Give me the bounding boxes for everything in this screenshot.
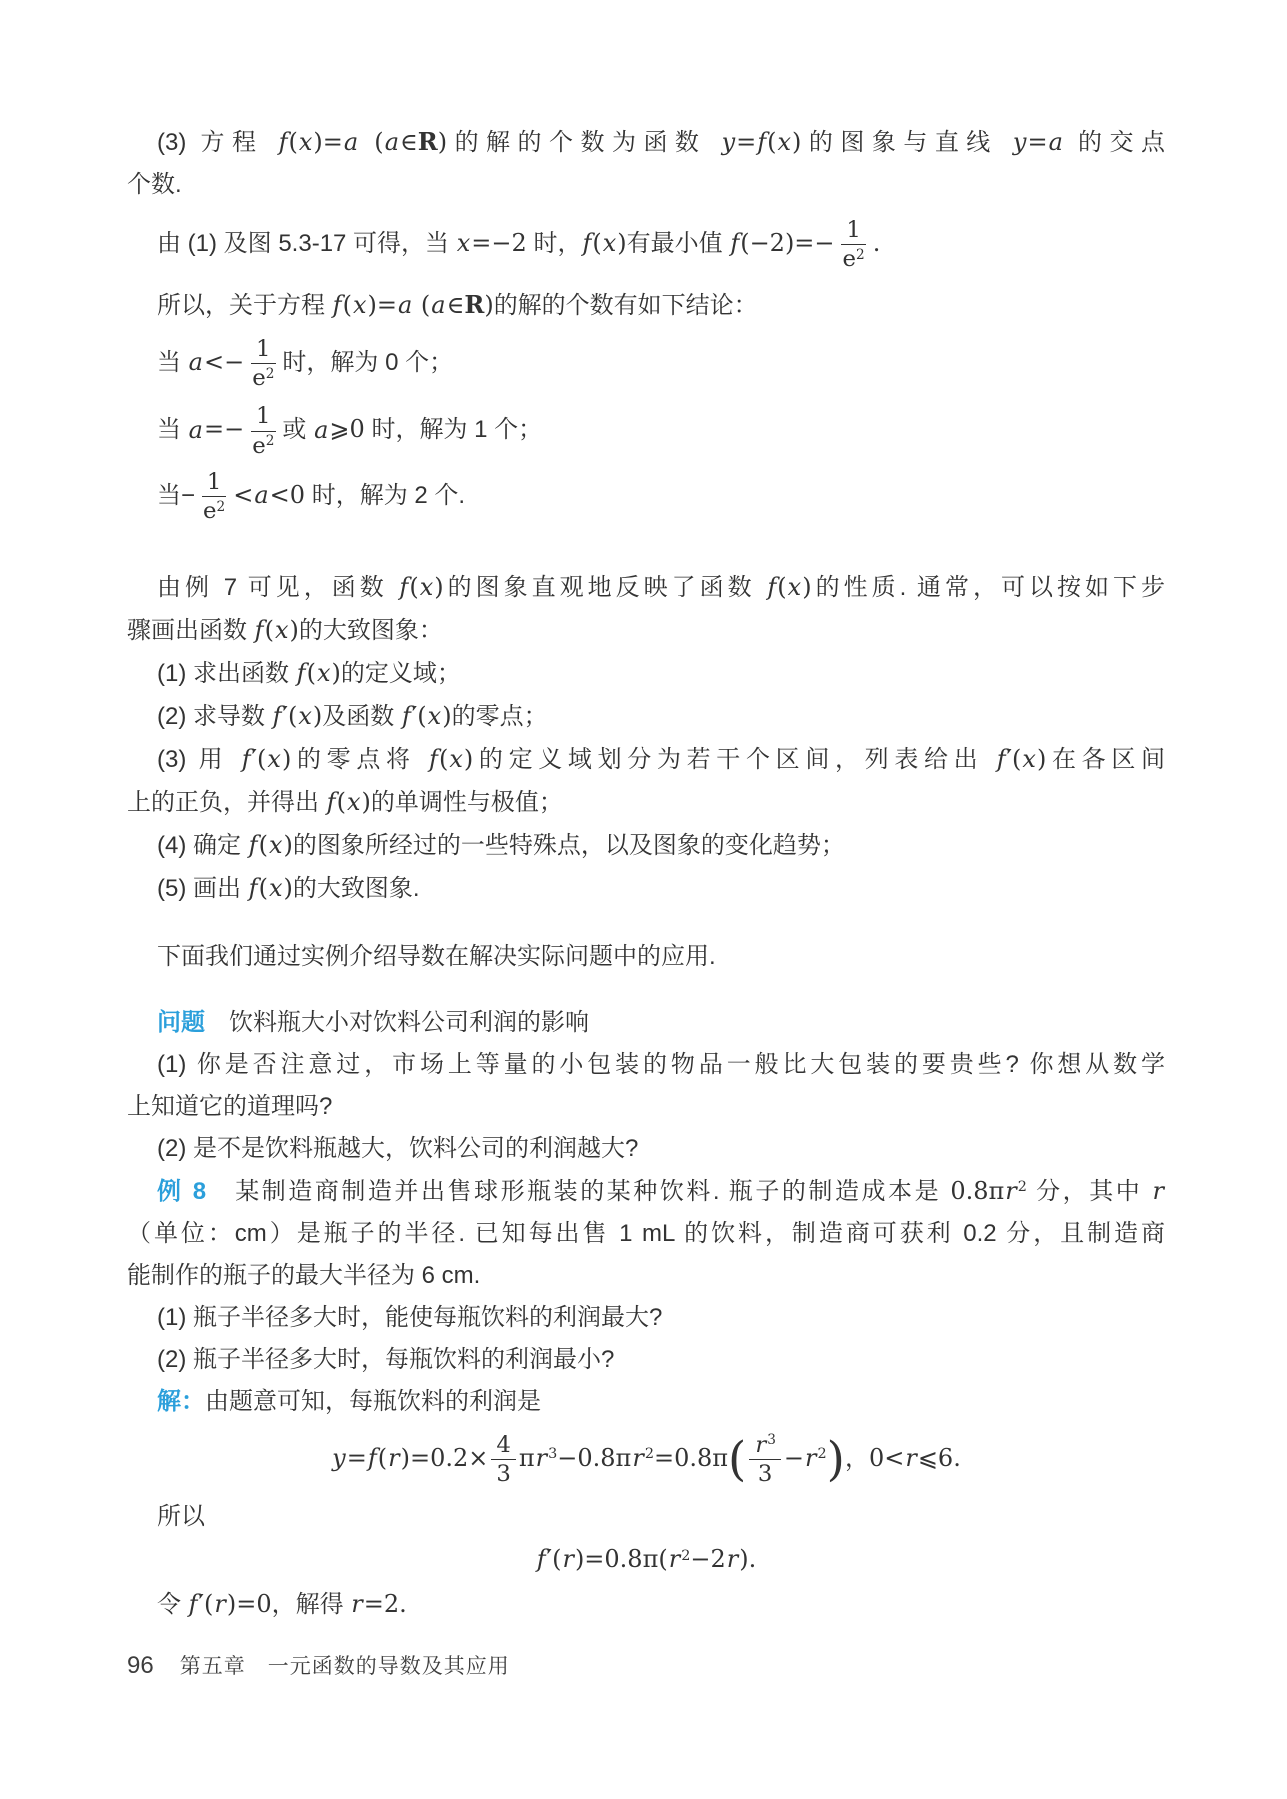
text-run: <− <box>204 348 244 376</box>
text-run: 在各区间 <box>1046 746 1165 773</box>
math-variable: x <box>352 291 368 319</box>
text-run: )= <box>367 291 396 319</box>
text-run: ( <box>409 573 418 601</box>
text-run: ) <box>802 573 811 601</box>
math-variable: r <box>904 1444 917 1472</box>
math-variable: r <box>350 1590 363 1618</box>
math-variable: f <box>367 1444 378 1472</box>
text-run: 1 <box>256 336 271 362</box>
fraction: 43 <box>491 1431 516 1489</box>
text-run: =0.8π <box>654 1444 728 1472</box>
math-variable: f <box>581 229 592 257</box>
text-run: ( <box>767 128 776 156</box>
math-variable: r <box>1004 1177 1017 1205</box>
text-run: 时，解为 1 个； <box>365 417 542 444</box>
text-run: (1) 求出函数 <box>157 660 296 687</box>
superscript: 2 <box>856 247 865 263</box>
text-line: (3) 方程 f(x)=a (a∈R)的解的个数为函数 y=f(x)的图象与直线… <box>127 121 1165 164</box>
text-run: 上知道它的道理吗? <box>127 1093 332 1120</box>
page-body: (3) 方程 f(x)=a (a∈R)的解的个数为函数 y=f(x)的图象与直线… <box>127 121 1165 1626</box>
text-run: 的大致图象. <box>293 875 420 902</box>
text-run: ′( <box>547 1545 562 1573</box>
math-variable: f <box>326 788 337 816</box>
text-run: ( <box>265 616 274 644</box>
math-variable: f <box>398 573 409 601</box>
text-run: 的单调性与极值； <box>371 789 563 816</box>
text-line: 上的正负，并得出 f(x)的单调性与极值； <box>127 781 1165 824</box>
text-run: 能制作的瓶子的最大半径为 6 cm. <box>127 1262 480 1289</box>
text-line: 由例 7 可见，函数 f(x)的图象直观地反映了函数 f(x)的性质. 通常，可… <box>127 566 1165 609</box>
text-run: 的图象所经过的一些特殊点，以及图象的变化趋势； <box>293 832 845 859</box>
math-variable: x <box>448 745 464 773</box>
math-variable: f <box>729 229 740 257</box>
math-variable: f <box>241 745 252 773</box>
text-run: ， <box>845 1445 869 1472</box>
text-run: ( <box>378 1444 387 1472</box>
text-run: e <box>203 498 217 524</box>
fraction: 1e2 <box>247 402 279 460</box>
text-run: 的零点； <box>452 703 548 730</box>
text-line: (2) 是不是饮料瓶越大，饮料公司的利润越大? <box>127 1128 1165 1170</box>
text-run: R <box>464 290 484 319</box>
text-run: ) <box>438 128 447 156</box>
math-variable: x <box>346 788 362 816</box>
math-variable: a <box>188 416 204 444</box>
math-variable: y <box>331 1444 347 1472</box>
math-variable: r <box>668 1545 681 1573</box>
text-run: 的解的个数有如下结论： <box>494 292 758 319</box>
math-variable: a <box>397 291 413 319</box>
text-run: ( <box>343 291 352 319</box>
text-line: (4) 确定 f(x)的图象所经过的一些特殊点，以及图象的变化趋势； <box>127 824 1165 867</box>
text-run: e <box>252 365 266 391</box>
text-run: 当 <box>157 417 188 444</box>
text-run: ) <box>442 702 451 730</box>
text-line: 当 a=−1e2或 a⩾0 时，解为 1 个； <box>127 402 1165 460</box>
text-line: (2) 瓶子半径多大时，每瓶饮料的利润最小? <box>127 1339 1165 1381</box>
math-variable: f <box>296 659 307 687</box>
math-variable: x <box>274 616 290 644</box>
text-run: ( <box>777 573 786 601</box>
text-run: ) <box>283 831 292 859</box>
text-run: 分，其中 <box>1027 1178 1152 1205</box>
text-run: 时， <box>527 230 582 257</box>
text-run: ) <box>361 788 370 816</box>
text-run: ( <box>259 831 268 859</box>
math-variable: f <box>188 1590 199 1618</box>
text-line: 解：由题意可知，每瓶饮料的利润是 <box>127 1381 1165 1423</box>
text-run: =− <box>204 416 244 444</box>
text-run: 的性质. 通常，可以按如下步 <box>812 574 1165 601</box>
text-run: 个数. <box>127 171 182 198</box>
superscript: 2 <box>645 1446 654 1462</box>
text-run: = <box>1027 128 1047 156</box>
text-run: R <box>418 127 438 156</box>
math-variable: y <box>721 128 737 156</box>
text-run: 当 <box>157 349 188 376</box>
text-line: 所以 <box>127 1496 1165 1538</box>
math-variable: x <box>427 702 443 730</box>
text-run: = <box>347 1444 367 1472</box>
math-variable: f <box>766 573 777 601</box>
text-run: −0.8π <box>557 1444 631 1472</box>
text-run: ( <box>439 745 448 773</box>
superscript: 2 <box>681 1548 690 1564</box>
text-run: )=0.2× <box>401 1444 489 1472</box>
text-line: (1) 你是否注意过，市场上等量的小包装的物品一般比大包装的要贵些? 你想从数学 <box>127 1044 1165 1086</box>
text-run: ( <box>337 788 346 816</box>
text-run: 当− <box>157 482 195 509</box>
text-run: 的大致图象： <box>299 617 443 644</box>
page-footer: 96 第五章 一元函数的导数及其应用 <box>127 1650 510 1680</box>
text-run: ) <box>617 229 626 257</box>
text-run: ) <box>283 874 292 902</box>
text-line: (2) 求导数 f′(x)及函数 f′(x)的零点； <box>127 695 1165 738</box>
text-run: 所以，关于方程 <box>157 292 332 319</box>
math-variable: x <box>298 128 314 156</box>
text-run: 的解的个数为函数 <box>447 129 720 156</box>
text-run: ( <box>288 128 297 156</box>
text-run: ) <box>464 745 473 773</box>
text-run: 的零点将 <box>291 746 428 773</box>
text-run: e <box>843 246 857 272</box>
text-line: 骤画出函数 f(x)的大致图象： <box>127 609 1165 652</box>
text-run: 时，解为 2 个. <box>305 482 465 509</box>
superscript: 2 <box>266 433 275 449</box>
text-line: y=f(r)=0.2×43πr3−0.8πr2=0.8π(r33−r2)，0<r… <box>127 1431 1165 1489</box>
text-run: ) <box>484 291 493 319</box>
text-line: (1) 求出函数 f(x)的定义域； <box>127 652 1165 695</box>
text-run: (3) 方程 <box>157 129 278 156</box>
text-line: 例 8 某制造商制造并出售球形瓶装的某种饮料. 瓶子的制造成本是 0.8πr2 … <box>127 1170 1165 1213</box>
text-run: 的定义域； <box>341 660 461 687</box>
math-variable: f <box>536 1545 547 1573</box>
text-run: 的图象直观地反映了函数 <box>444 574 767 601</box>
text-run: −2 <box>690 1545 725 1573</box>
text-run: π <box>519 1444 535 1472</box>
text-line: 上知道它的道理吗? <box>127 1086 1165 1128</box>
accent-label: 例 8 <box>157 1178 206 1205</box>
math-variable: f <box>272 702 283 730</box>
fraction: 1e2 <box>198 468 230 526</box>
math-variable: f <box>428 745 439 773</box>
text-line: 下面我们通过实例介绍导数在解决实际问题中的应用. <box>127 936 1165 978</box>
text-run: 某制造商制造并出售球形瓶装的某种饮料. 瓶子的制造成本是 <box>206 1178 950 1205</box>
text-run: ) <box>313 702 322 730</box>
math-variable: x <box>268 831 284 859</box>
text-line: 当 a<−1e2时，解为 0 个； <box>127 335 1165 393</box>
math-variable: a <box>253 481 269 509</box>
text-run: 或 <box>282 417 313 444</box>
text-run: ∈ <box>400 128 418 156</box>
text-run: 1 <box>256 403 271 429</box>
text-run: (3) 用 <box>157 746 241 773</box>
text-run: ( <box>359 128 383 156</box>
fraction: 1e2 <box>247 335 279 393</box>
text-line: 问题 饮料瓶大小对饮料公司利润的影响 <box>127 1002 1165 1044</box>
superscript: 3 <box>548 1446 557 1462</box>
superscript: 2 <box>818 1446 827 1462</box>
text-run: ，解得 <box>272 1591 351 1618</box>
text-run: ) <box>331 659 340 687</box>
text-run: 下面我们通过实例介绍导数在解决实际问题中的应用. <box>157 943 716 970</box>
text-run: <0 <box>270 481 305 509</box>
accent-label: 解： <box>157 1388 205 1415</box>
textbook-page: { "accent_color": "#2b9fdb", "text_color… <box>0 0 1287 1799</box>
text-run: ′( <box>1007 745 1022 773</box>
math-variable: f <box>248 874 259 902</box>
math-variable: a <box>384 128 400 156</box>
text-run: (2) 瓶子半径多大时，每瓶饮料的利润最小? <box>157 1346 614 1373</box>
math-variable: f <box>756 128 767 156</box>
page-number: 96 <box>127 1652 154 1680</box>
text-run: ⩾0 <box>329 416 364 444</box>
text-line: 能制作的瓶子的最大半径为 6 cm. <box>127 1255 1165 1297</box>
text-run: 由题意可知，每瓶饮料的利润是 <box>205 1388 541 1415</box>
text-run: 饮料瓶大小对饮料公司利润的影响 <box>205 1009 589 1036</box>
math-variable: x <box>602 229 618 257</box>
math-variable: a <box>1048 128 1064 156</box>
text-run: 及函数 <box>322 703 401 730</box>
text-run: ( <box>259 874 268 902</box>
text-line: (1) 瓶子半径多大时，能使每瓶饮料的利润最大? <box>127 1297 1165 1339</box>
text-run: ) <box>289 616 298 644</box>
text-run: ′( <box>412 702 427 730</box>
math-variable: r <box>754 1432 767 1458</box>
text-line: (3) 用 f′(x)的零点将 f(x)的定义域划分为若干个区间，列表给出 f′… <box>127 738 1165 781</box>
math-variable: f <box>401 702 412 730</box>
text-run: ′( <box>283 702 298 730</box>
text-run: ′( <box>252 745 267 773</box>
text-run: (4) 确定 <box>157 832 248 859</box>
text-run: ( <box>413 291 430 319</box>
math-variable: r <box>726 1545 739 1573</box>
superscript: 2 <box>217 499 226 515</box>
math-variable: x <box>268 874 284 902</box>
accent-label: 问题 <box>157 1009 205 1036</box>
math-variable: f <box>996 745 1007 773</box>
text-run: ) <box>434 573 443 601</box>
math-variable: y <box>1012 128 1028 156</box>
text-run: . <box>873 229 881 257</box>
text-run: 上的正负，并得出 <box>127 789 326 816</box>
math-variable: r <box>804 1444 817 1472</box>
math-variable: a <box>430 291 446 319</box>
text-run: 时，解为 0 个； <box>282 349 453 376</box>
math-variable: a <box>343 128 359 156</box>
text-run: (2) 求导数 <box>157 703 272 730</box>
math-variable: a <box>188 348 204 376</box>
text-run: ′( <box>199 1590 214 1618</box>
math-variable: f <box>248 831 259 859</box>
math-variable: f <box>278 128 289 156</box>
superscript: 2 <box>1018 1179 1027 1195</box>
text-run: ⩽6. <box>918 1444 961 1472</box>
math-variable: r <box>1152 1177 1165 1205</box>
text-run: 令 <box>157 1591 188 1618</box>
chapter-title: 第五章 一元函数的导数及其应用 <box>180 1650 510 1680</box>
math-variable: x <box>777 128 793 156</box>
text-run: 4 <box>496 1432 511 1458</box>
superscript: 3 <box>767 1432 776 1448</box>
text-run: < <box>233 481 253 509</box>
math-variable: r <box>561 1545 574 1573</box>
math-variable: f <box>332 291 343 319</box>
text-line: 令 f′(r)=0，解得 r=2. <box>127 1583 1165 1626</box>
math-variable: x <box>1021 745 1037 773</box>
text-run: 所以 <box>157 1503 205 1530</box>
text-run: ∈ <box>447 291 465 319</box>
text-run: )=0.8π( <box>575 1545 668 1573</box>
text-run: 骤画出函数 <box>127 617 254 644</box>
math-variable: x <box>419 573 435 601</box>
text-run: e <box>252 433 266 459</box>
math-variable: r <box>535 1444 548 1472</box>
text-run: )=0 <box>227 1590 272 1618</box>
text-run: ( <box>307 659 316 687</box>
text-run: 1 <box>207 469 222 495</box>
text-run: 0< <box>869 1444 904 1472</box>
text-run: ( <box>592 229 601 257</box>
text-line: f′(r)=0.8π(r2−2r). <box>127 1538 1165 1581</box>
text-run: 3 <box>496 1461 511 1487</box>
text-run: (−2)=− <box>740 229 834 257</box>
text-line: 当−1e2<a<0 时，解为 2 个. <box>127 468 1165 526</box>
text-run: 0.8π <box>950 1177 1004 1205</box>
math-variable: a <box>313 416 329 444</box>
text-run: ). <box>739 1545 756 1573</box>
text-run: )= <box>313 128 342 156</box>
text-run: ) <box>1037 745 1046 773</box>
text-run: (5) 画出 <box>157 875 248 902</box>
math-variable: r <box>631 1444 644 1472</box>
math-variable: x <box>266 745 282 773</box>
text-run: 由 (1) 及图 5.3-17 可得，当 <box>157 230 456 257</box>
text-run: 的图象与直线 <box>801 129 1012 156</box>
math-variable: x <box>297 702 313 730</box>
text-run: =−2 <box>471 229 527 257</box>
text-run: 的交点 <box>1064 129 1165 156</box>
fraction: 1e2 <box>838 216 870 274</box>
text-run: (1) 你是否注意过，市场上等量的小包装的物品一般比大包装的要贵些? 你想从数学 <box>157 1051 1165 1078</box>
text-run: ) <box>282 745 291 773</box>
text-run: (1) 瓶子半径多大时，能使每瓶饮料的利润最大? <box>157 1304 662 1331</box>
text-run: 3 <box>758 1461 773 1487</box>
fraction: r33 <box>749 1431 781 1489</box>
text-run: 由例 7 可见，函数 <box>157 574 398 601</box>
text-run: ( <box>728 1433 746 1487</box>
math-variable: x <box>316 659 332 687</box>
text-run: = <box>736 128 756 156</box>
text-line: (5) 画出 f(x)的大致图象. <box>127 867 1165 910</box>
text-line: 所以，关于方程 f(x)=a (a∈R)的解的个数有如下结论： <box>127 284 1165 327</box>
text-run: 有最小值 <box>627 230 730 257</box>
math-variable: x <box>787 573 803 601</box>
text-line: （单位：cm）是瓶子的半径. 已知每出售 1 mL 的饮料，制造商可获利 0.2… <box>127 1213 1165 1255</box>
text-line: 由 (1) 及图 5.3-17 可得，当 x=−2 时，f(x)有最小值 f(−… <box>127 216 1165 274</box>
text-run: (2) 是不是饮料瓶越大，饮料公司的利润越大? <box>157 1135 638 1162</box>
text-run: =2. <box>364 1590 407 1618</box>
math-variable: x <box>456 229 472 257</box>
text-run: 的定义域划分为若干个区间，列表给出 <box>473 746 995 773</box>
math-variable: f <box>254 616 265 644</box>
text-run: （单位：cm）是瓶子的半径. 已知每出售 1 mL 的饮料，制造商可获利 0.2… <box>127 1220 1165 1247</box>
math-variable: r <box>213 1590 226 1618</box>
superscript: 2 <box>266 366 275 382</box>
text-run: − <box>784 1444 804 1472</box>
text-line: 个数. <box>127 164 1165 206</box>
math-variable: r <box>387 1444 400 1472</box>
text-run: ) <box>827 1433 845 1487</box>
text-run: 1 <box>846 217 861 243</box>
